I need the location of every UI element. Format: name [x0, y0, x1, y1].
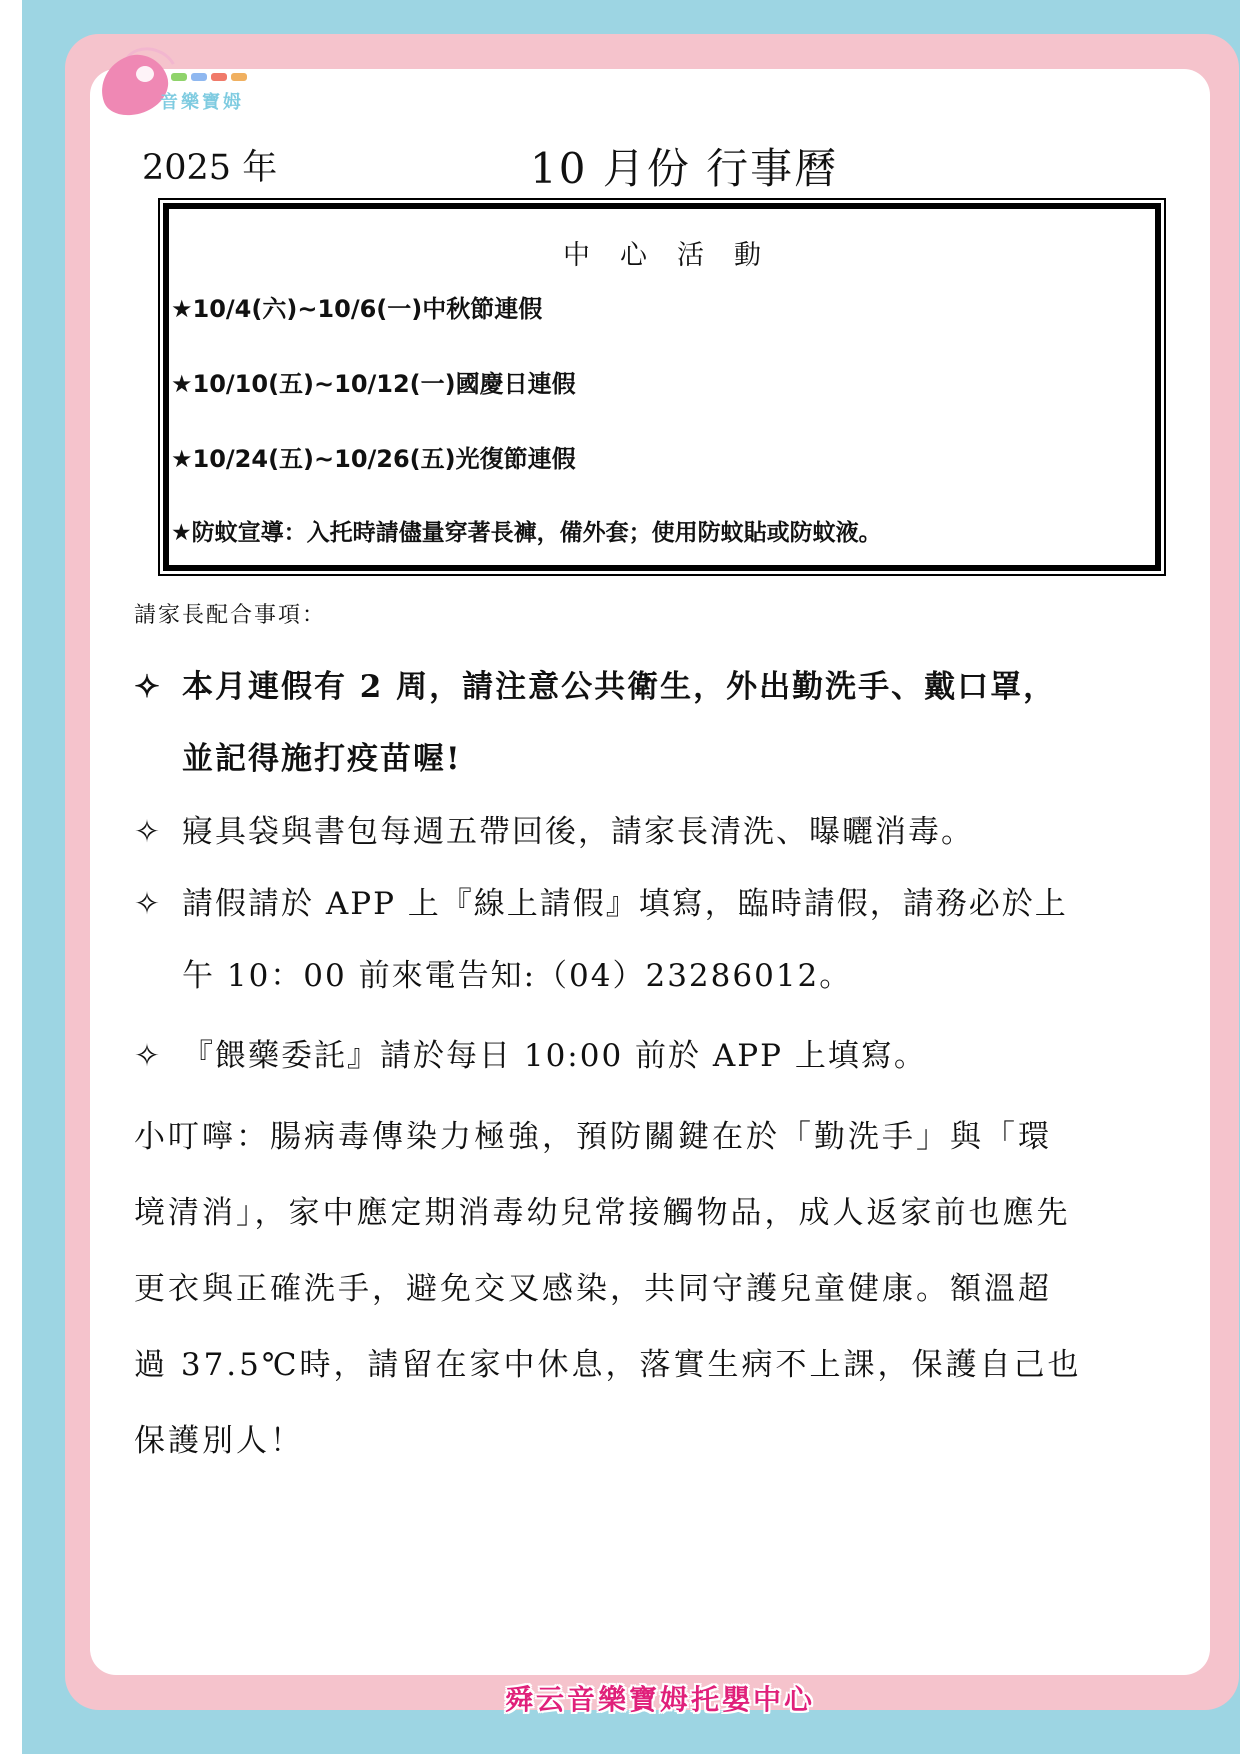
logo-chip-red [210, 72, 228, 82]
year-label: 2025 年 [142, 140, 277, 190]
activity-item: ★10/10(五)~10/12(一)國慶日連假 [171, 364, 576, 399]
diamond-bullet-icon: ✧ [134, 669, 182, 705]
reminder-line: 保護別人！ [134, 1415, 304, 1460]
footer-center-name: 舜云音樂寶姆托嬰中心 [0, 1678, 1240, 1718]
activity-item: ★10/4(六)~10/6(一)中秋節連假 [171, 289, 542, 324]
reminder-line: 小叮嚀：腸病毒傳染力極強，預防關鍵在於「勤洗手」與「環 [134, 1111, 1052, 1156]
center-activities-box: 中心活動 ★10/4(六)~10/6(一)中秋節連假 ★10/10(五)~10/… [158, 198, 1166, 576]
note-item: ✧請假請於 APP 上『線上請假』填寫，臨時請假，請務必於上 [134, 878, 1068, 923]
logo-text: 音樂寶姆 [160, 88, 244, 114]
note-text: 『餵藥委託』請於每日 10:00 前於 APP 上填寫。 [182, 1038, 927, 1074]
activities-heading: 中心活動 [169, 233, 1155, 272]
page-title: 10 月份 行事曆 [530, 136, 838, 196]
note-continuation: 午 10：00 前來電告知:（04）23286012。 [182, 950, 852, 995]
logo-color-chips [170, 72, 248, 82]
logo-chip-orange [230, 72, 248, 82]
diamond-bullet-icon: ✧ [134, 1038, 182, 1074]
note-text: 請假請於 APP 上『線上請假』填寫，臨時請假，請務必於上 [182, 886, 1068, 922]
logo-blob-highlight [136, 66, 154, 82]
note-item: ✧『餵藥委託』請於每日 10:00 前於 APP 上填寫。 [134, 1030, 927, 1075]
reminder-line: 境清消」，家中應定期消毒幼兒常接觸物品，成人返家前也應先 [134, 1187, 1071, 1232]
note-continuation: 並記得施打疫苗喔! [182, 733, 462, 778]
note-item: ✧本月連假有 2 周，請注意公共衛生，外出勤洗手、戴口罩， [134, 661, 1056, 706]
note-text: 寢具袋與書包每週五帶回後，請家長清洗、曝曬消毒。 [182, 814, 974, 850]
center-activities-inner-border: 中心活動 ★10/4(六)~10/6(一)中秋節連假 ★10/10(五)~10/… [163, 203, 1161, 571]
logo-chip-blue [190, 72, 208, 82]
diamond-bullet-icon: ✧ [134, 814, 182, 850]
note-item: ✧寢具袋與書包每週五帶回後，請家長清洗、曝曬消毒。 [134, 806, 974, 851]
activity-item: ★10/24(五)~10/26(五)光復節連假 [171, 439, 576, 474]
reminder-line: 過 37.5℃時，請留在家中休息，落實生病不上課，保護自己也 [134, 1339, 1082, 1384]
activity-item: ★防蚊宣導：入托時請儘量穿著長褲，備外套；使用防蚊貼或防蚊液。 [171, 514, 882, 547]
diamond-bullet-icon: ✧ [134, 886, 182, 922]
center-logo: 音樂寶姆 [100, 52, 260, 122]
note-text: 本月連假有 2 周，請注意公共衛生，外出勤洗手、戴口罩， [182, 669, 1056, 705]
reminder-line: 更衣與正確洗手，避免交叉感染，共同守護兒童健康。額溫超 [134, 1263, 1052, 1308]
parent-notes-label: 請家長配合事項： [134, 598, 326, 629]
logo-chip-green [170, 72, 188, 82]
